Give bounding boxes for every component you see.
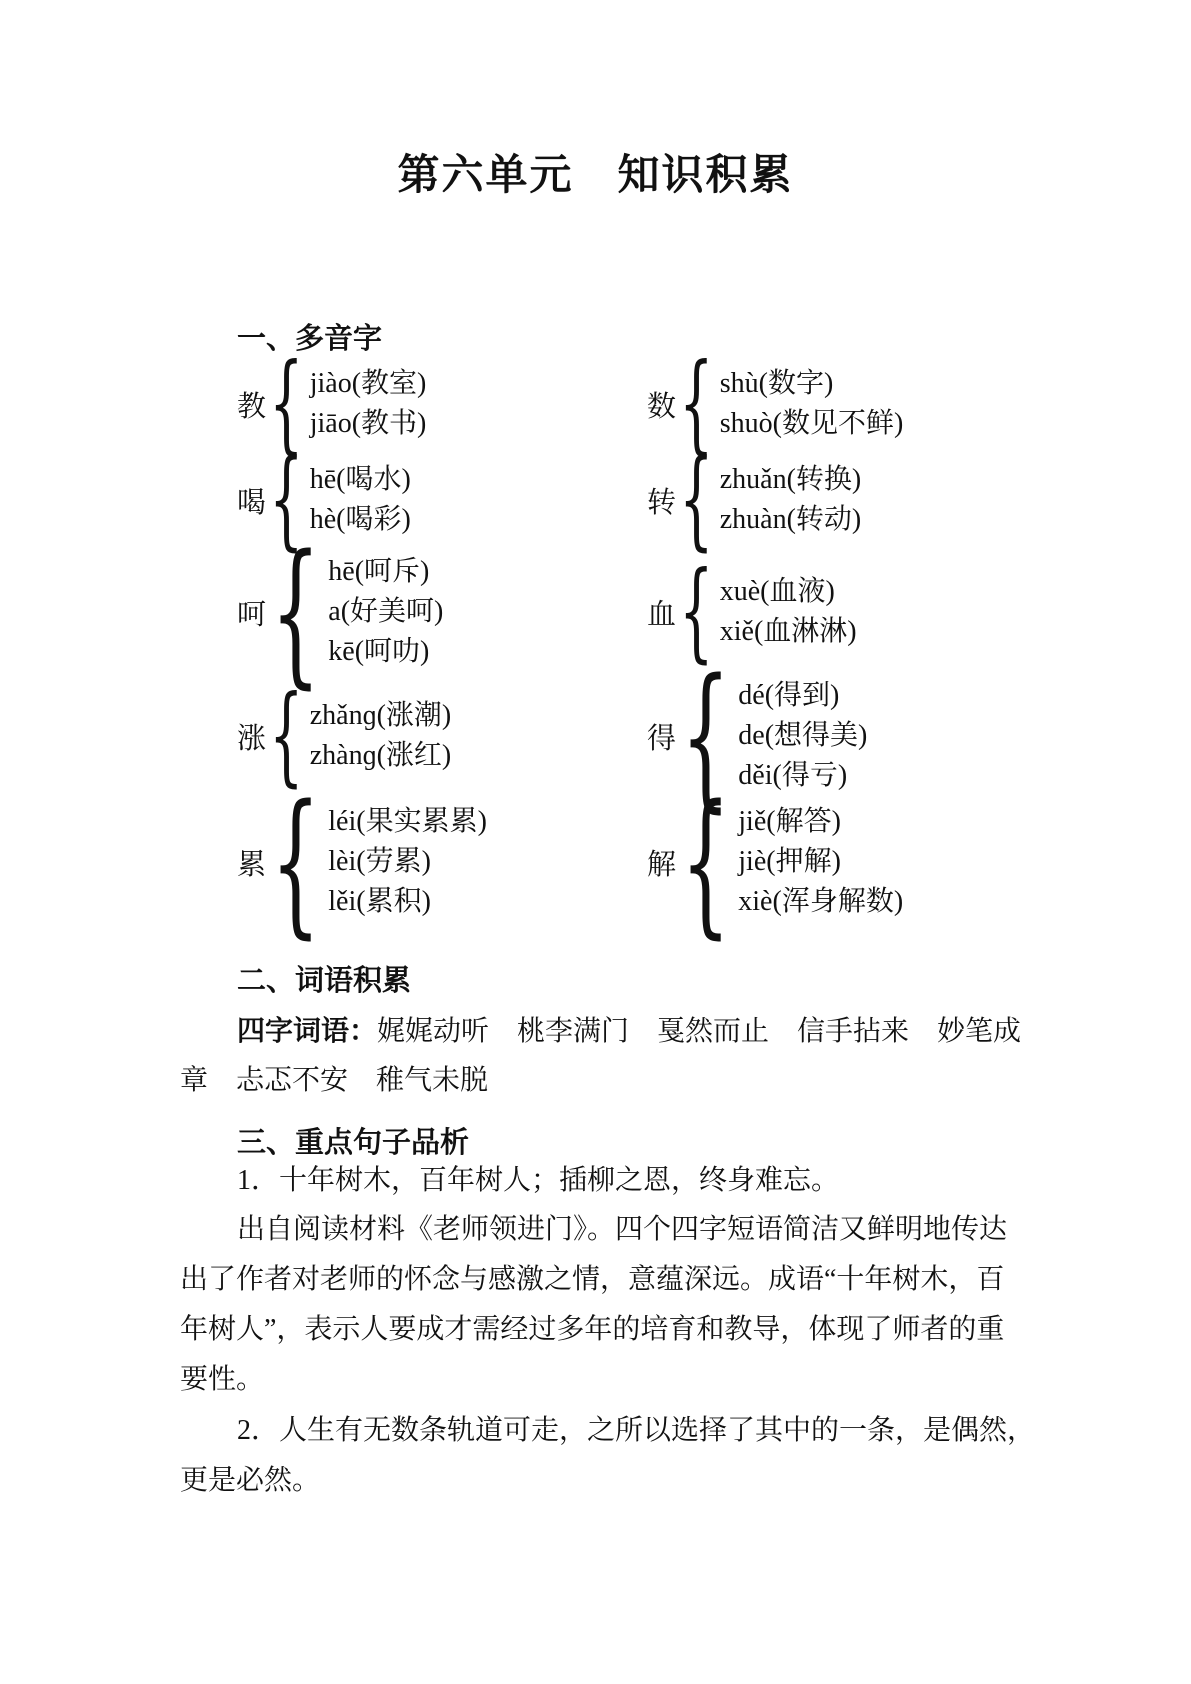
brace-glyph: { — [679, 451, 713, 548]
section-heading-duoyinzi: 一、多音字 — [237, 316, 382, 357]
sentence-1: 1．十年树木，百年树人；插柳之恩，终身难忘。 — [180, 1163, 1067, 1199]
group-character: 数 — [647, 384, 676, 425]
group-character: 呵 — [237, 592, 266, 633]
reading-line: lèi(劳累) — [328, 842, 487, 882]
reading-line: zhànɡ(涨红) — [310, 736, 452, 776]
duoyinzi-cell: 解 { jiě(解答) jiè(押解) xiè(浑身解数) — [590, 792, 1010, 932]
duoyinzi-row: 呵 { hē(呵斥) a(好美呵) kē(呵叻) 血 { — [180, 548, 1010, 676]
reading-line: hē(喝水) — [310, 460, 411, 500]
readings: zhuǎn(转换) zhuàn(转动) — [717, 460, 862, 540]
duoyinzi-cell: 得 { dé(得到) de(想得美) děi(得亏) — [590, 666, 1010, 806]
duoyinzi-cell: 转 { zhuǎn(转换) zhuàn(转动) — [590, 451, 1010, 548]
document-page: 第六单元 知识积累 一、多音字 教 { jiào(教室) jiāo(教书) — [0, 0, 1191, 1684]
sentence-2-line: 2．人生有无数条轨道可走，之所以选择了其中的一条，是偶然， — [180, 1413, 1067, 1449]
group-character: 血 — [647, 592, 676, 633]
duoyinzi-group-lei: 累 { léi(果实累累) lèi(劳累) lěi(累积) — [237, 792, 590, 932]
brace-glyph: { — [681, 792, 731, 932]
group-character: 喝 — [237, 480, 266, 521]
duoyinzi-block: 教 { jiào(教室) jiāo(教书) 数 { shù(数字) — [180, 356, 1010, 928]
analysis-line: 出了作者对老师的怀念与感激之情，意蕴深远。成语“十年树木，百 — [180, 1262, 1010, 1298]
reading-line: shù(数字) — [720, 364, 904, 404]
reading-line: dé(得到) — [738, 676, 867, 716]
analysis-line: 年树人”，表示人要成才需经过多年的培育和教导，体现了师者的重 — [180, 1312, 1010, 1348]
readings: hē(喝水) hè(喝彩) — [307, 460, 411, 540]
readings: shù(数字) shuò(数见不鲜) — [717, 364, 904, 444]
duoyinzi-cell: 血 { xuè(血液) xiě(血淋淋) — [590, 563, 1010, 660]
reading-line: léi(果实累累) — [328, 802, 487, 842]
group-character: 涨 — [237, 716, 266, 757]
reading-line: de(想得美) — [738, 716, 867, 756]
readings: léi(果实累累) lèi(劳累) lěi(累积) — [325, 802, 487, 922]
word-list-words: 娓娓动听 桃李满门 戛然而止 信手拈来 妙笔成 — [377, 1016, 1021, 1047]
group-character: 教 — [237, 384, 266, 425]
duoyinzi-cell: 喝 { hē(喝水) hè(喝彩) — [180, 451, 590, 548]
analysis-line: 要性。 — [180, 1362, 1010, 1398]
reading-line: a(好美呵) — [328, 592, 443, 632]
reading-line: xiě(血淋淋) — [720, 612, 857, 652]
reading-line: kē(呵叻) — [328, 632, 443, 672]
group-character: 得 — [647, 716, 676, 757]
reading-line: hē(呵斥) — [328, 552, 443, 592]
duoyinzi-group-he2: 呵 { hē(呵斥) a(好美呵) kē(呵叻) — [237, 542, 590, 682]
word-list-line-1: 四字词语：娓娓动听 桃李满门 戛然而止 信手拈来 妙笔成 — [180, 1013, 1067, 1050]
readings: zhǎnɡ(涨潮) zhànɡ(涨红) — [307, 696, 452, 776]
readings: jiě(解答) jiè(押解) xiè(浑身解数) — [735, 802, 903, 922]
readings: xuè(血液) xiě(血淋淋) — [717, 572, 857, 652]
reading-line: jiāo(教书) — [310, 404, 427, 444]
reading-line: jiào(教室) — [310, 364, 427, 404]
word-list-label: 四字词语： — [237, 1015, 377, 1046]
page-title: 第六单元 知识积累 — [0, 142, 1191, 202]
section-heading-ciyu: 二、词语积累 — [237, 958, 411, 999]
readings: jiào(教室) jiāo(教书) — [307, 364, 427, 444]
reading-line: zhuǎn(转换) — [720, 460, 862, 500]
analysis-line: 出自阅读材料《老师领进门》。四个四字短语简洁又鲜明地传达 — [180, 1212, 1067, 1248]
brace-glyph: { — [271, 542, 321, 682]
brace-glyph: { — [271, 792, 321, 932]
sentence-2-line: 更是必然。 — [180, 1463, 1010, 1499]
reading-line: zhuàn(转动) — [720, 500, 862, 540]
duoyinzi-row: 教 { jiào(教室) jiāo(教书) 数 { shù(数字) — [180, 356, 1010, 452]
readings: hē(呵斥) a(好美呵) kē(呵叻) — [325, 552, 443, 672]
reading-line: děi(得亏) — [738, 756, 867, 796]
group-character: 转 — [647, 480, 676, 521]
duoyinzi-row: 累 { léi(果实累累) lèi(劳累) lěi(累积) 解 { — [180, 796, 1010, 928]
reading-line: jiě(解答) — [738, 802, 903, 842]
reading-line: lěi(累积) — [328, 882, 487, 922]
reading-line: jiè(押解) — [738, 842, 903, 882]
duoyinzi-cell: 呵 { hē(呵斥) a(好美呵) kē(呵叻) — [180, 542, 590, 682]
reading-line: xiè(浑身解数) — [738, 882, 903, 922]
duoyinzi-cell: 累 { léi(果实累累) lèi(劳累) lěi(累积) — [180, 792, 590, 932]
duoyinzi-cell: 涨 { zhǎnɡ(涨潮) zhànɡ(涨红) — [180, 687, 590, 784]
reading-line: shuò(数见不鲜) — [720, 404, 904, 444]
section-heading-juzi: 三、重点句子品析 — [237, 1120, 469, 1161]
readings: dé(得到) de(想得美) děi(得亏) — [735, 676, 867, 796]
reading-line: xuè(血液) — [720, 572, 857, 612]
reading-line: hè(喝彩) — [310, 500, 411, 540]
group-character: 累 — [237, 842, 266, 883]
duoyinzi-group-zhuan: 转 { zhuǎn(转换) zhuàn(转动) — [647, 451, 1010, 548]
duoyinzi-cell: 教 { jiào(教室) jiāo(教书) — [180, 355, 590, 452]
group-character: 解 — [647, 842, 676, 883]
duoyinzi-group-jie: 解 { jiě(解答) jiè(押解) xiè(浑身解数) — [647, 792, 1010, 932]
duoyinzi-cell: 数 { shù(数字) shuò(数见不鲜) — [590, 355, 1010, 452]
reading-line: zhǎnɡ(涨潮) — [310, 696, 452, 736]
word-list-line-2: 章 忐忑不安 稚气未脱 — [180, 1063, 1010, 1099]
